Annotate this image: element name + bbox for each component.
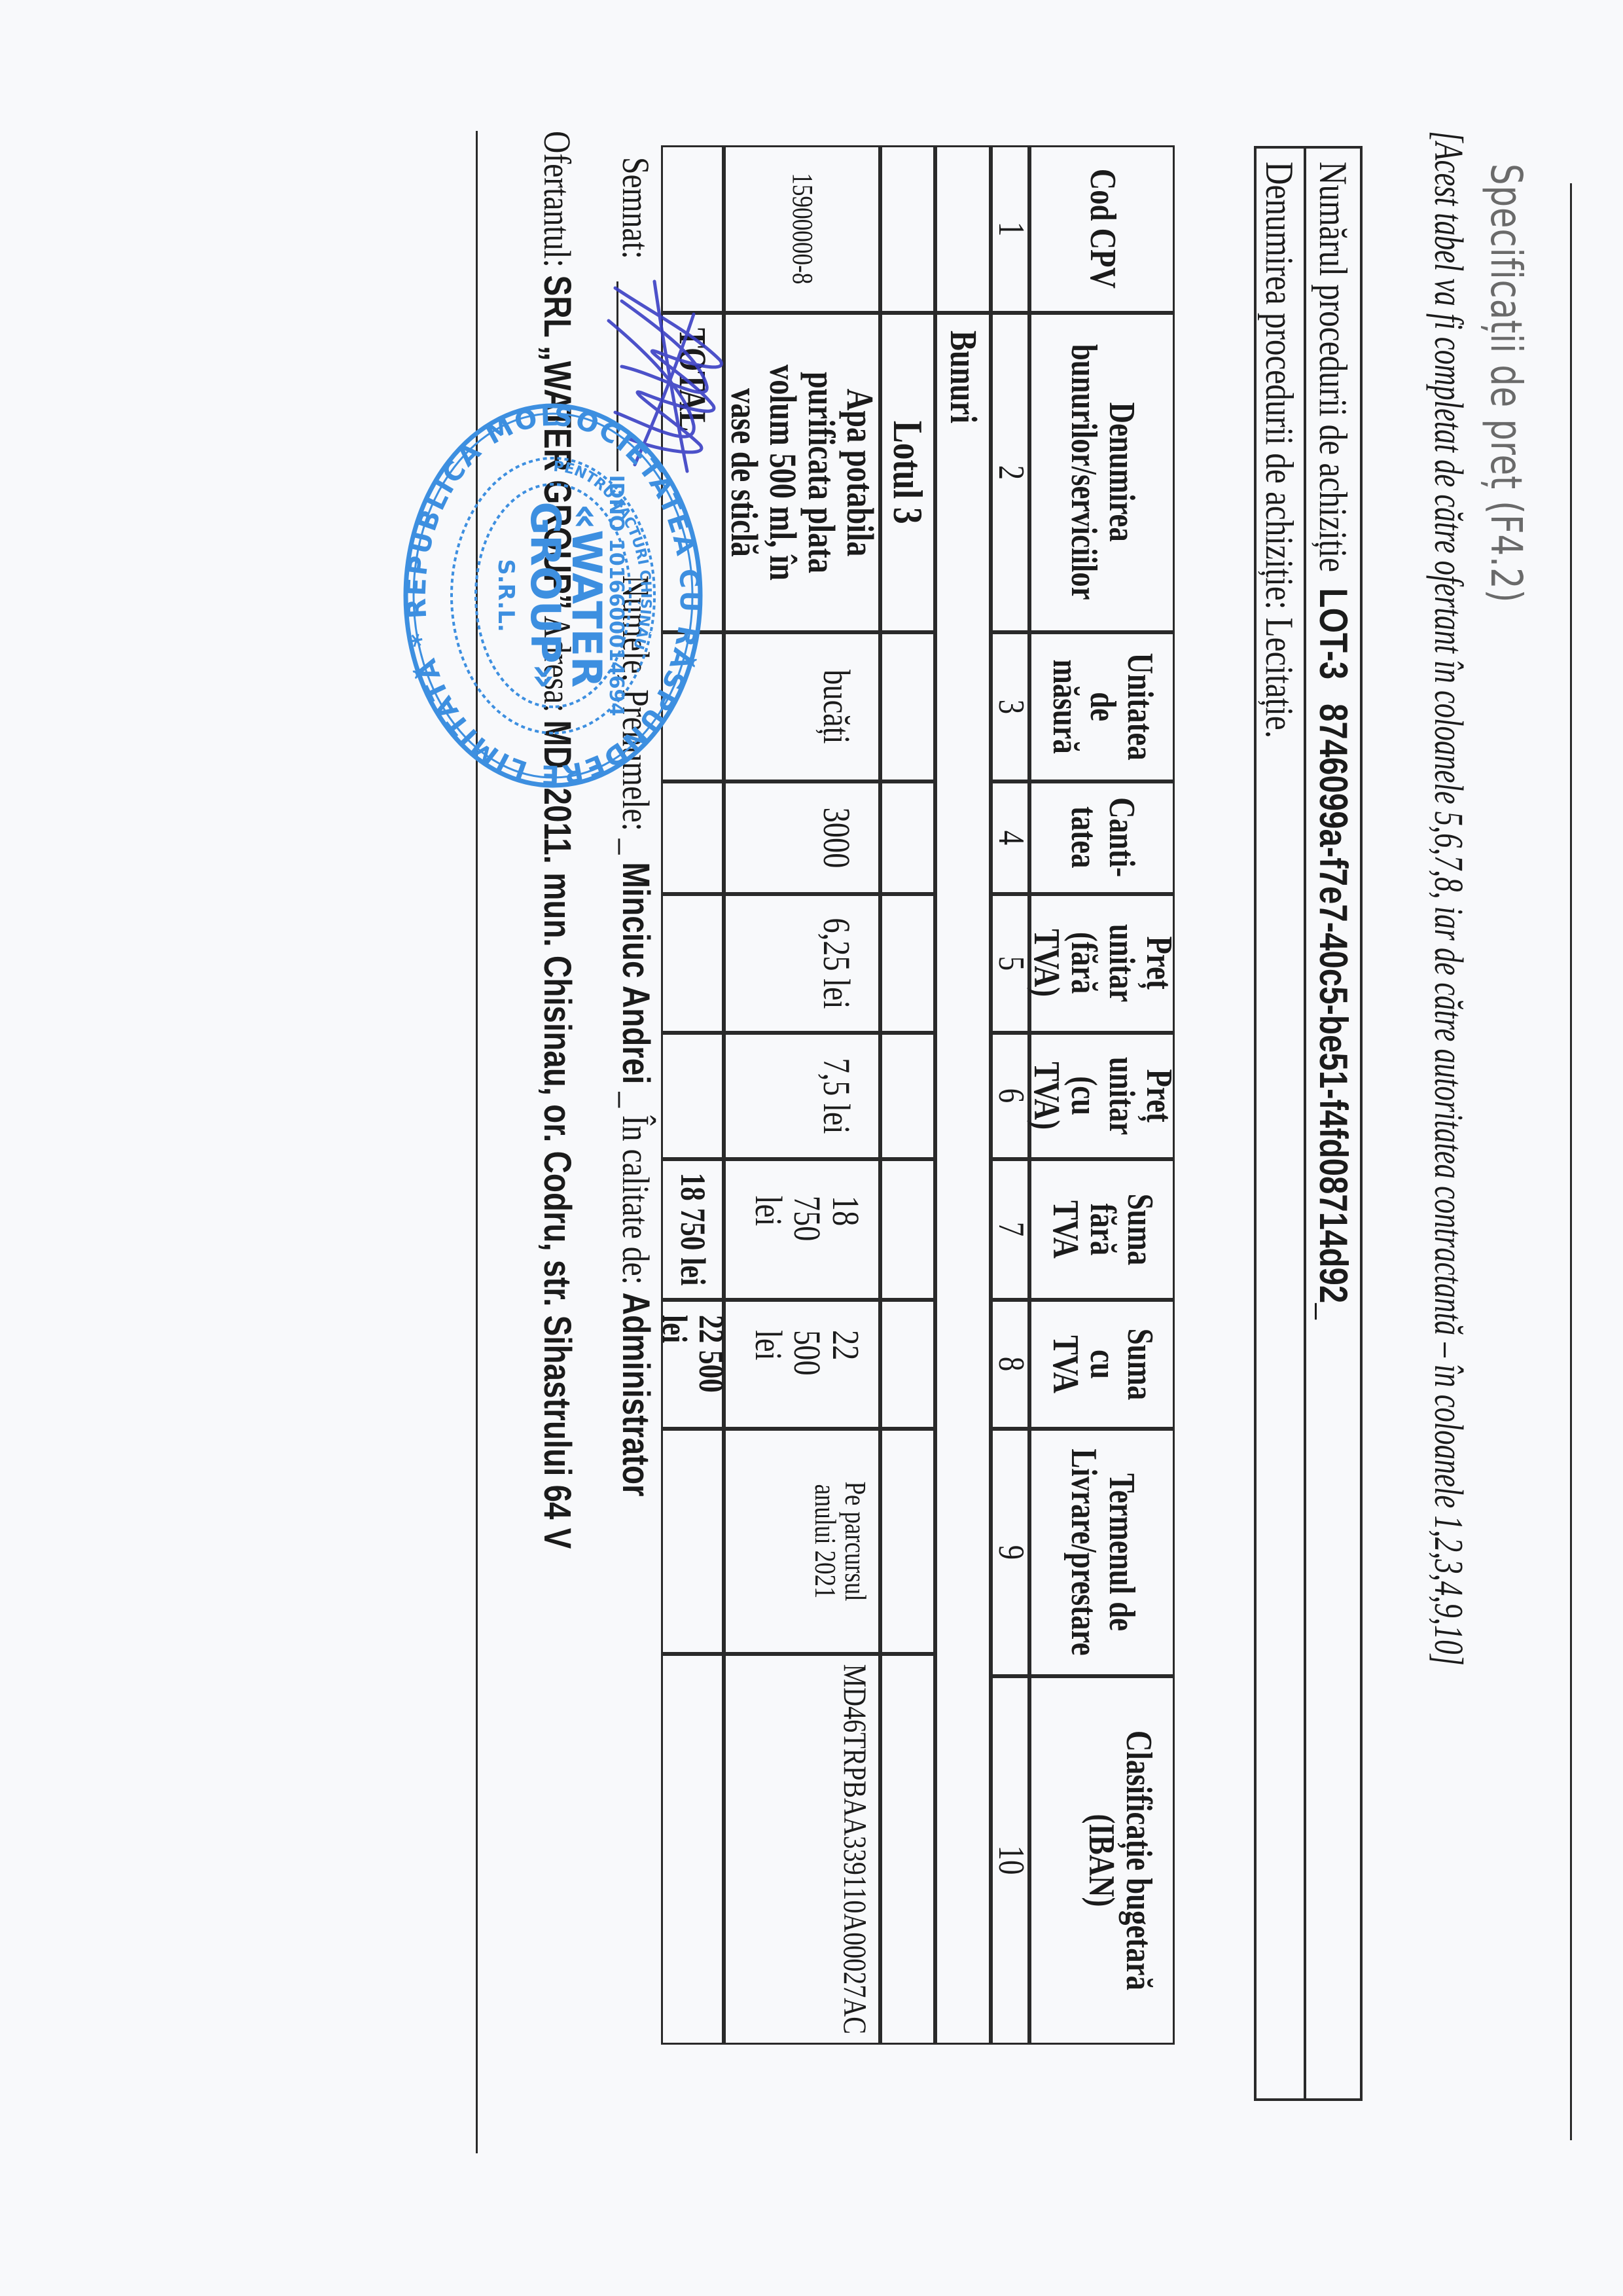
bidder-row: Ofertantul: SRL „WATER GROUP” Adresa: MD… bbox=[535, 131, 579, 1860]
header-cell: Suma fără TVA bbox=[1030, 1159, 1175, 1300]
total-vat: 22 500 lei bbox=[662, 1300, 724, 1429]
header-cell: Termenul de Livrare/prestare bbox=[1030, 1429, 1175, 1676]
column-number: 3 bbox=[991, 632, 1030, 781]
item-unit-price-vat: 7,5 lei bbox=[724, 1033, 881, 1159]
column-number: 6 bbox=[991, 1033, 1030, 1159]
header-cell: Preț unitar (fără TVA) bbox=[1030, 894, 1175, 1033]
address-value: MD- 2011. mun. Chisinau, or. Codru, str.… bbox=[536, 720, 579, 1549]
procedure-name-row: Denumirea procedurii de achiziție: Lecit… bbox=[1253, 149, 1306, 2098]
header-cell: Cod CPV bbox=[1030, 145, 1175, 313]
header-cell: Clasificație bugetară (IBAN) bbox=[1030, 1676, 1175, 2045]
column-number: 10 bbox=[991, 1676, 1030, 2045]
column-number: 9 bbox=[991, 1429, 1030, 1676]
document-page: Specificații de preț (F4.2) [Acest tabel… bbox=[0, 0, 1623, 2296]
page-title: Specificații de preț (F4.2) bbox=[1481, 164, 1531, 603]
item-total-no-vat: 18 750 lei bbox=[724, 1159, 881, 1300]
item-delivery-term: Pe parcursul anului 2021 bbox=[724, 1429, 881, 1654]
section-cpv-cell bbox=[936, 145, 991, 313]
company-stamp: SOCIETATEA CU RĂSPUNDERE LIMITATĂ * REPU… bbox=[399, 399, 707, 792]
column-number: 5 bbox=[991, 894, 1030, 1033]
header-cell: Preț unitar (cu TVA) bbox=[1030, 1033, 1175, 1159]
item-unit-price-no-vat: 6,25 lei bbox=[724, 894, 881, 1033]
svg-text:S.R.L.: S.R.L. bbox=[493, 559, 519, 632]
column-number: 8 bbox=[991, 1300, 1030, 1429]
procedure-info-box: Numărul procedurii de achiziție LOT-3 87… bbox=[1254, 146, 1363, 2101]
page-subtitle: [Acest tabel va fi completat de către of… bbox=[1425, 131, 1471, 1666]
top-rule bbox=[1570, 183, 1572, 2140]
procedure-number-label: Numărul procedurii de achiziție bbox=[1311, 162, 1355, 572]
item-quantity: 3000 bbox=[724, 781, 881, 894]
section-label-cell: Bunuri bbox=[936, 313, 991, 2045]
header-cell: Canti-tatea bbox=[1030, 781, 1175, 894]
svg-text:«WATER: «WATER bbox=[563, 503, 611, 687]
svg-text:IDNO 1016600014694: IDNO 1016600014694 bbox=[605, 475, 628, 716]
item-cpv: 15900000-8 bbox=[724, 145, 881, 313]
item-total-vat: 22 500 lei bbox=[724, 1300, 881, 1429]
item-name: Apa potabila purificata plata volum 500 … bbox=[724, 313, 881, 632]
lot-label-cell: Lotul 3 bbox=[881, 313, 936, 632]
signed-label: Semnat: bbox=[615, 157, 657, 259]
lot-cpv-cell bbox=[881, 145, 936, 313]
role-label: În calitate de: bbox=[615, 1115, 657, 1285]
header-cell: Unitatea de măsură bbox=[1030, 632, 1175, 781]
procedure-number-value: 8746099a-f7e7-40c5-be51-f4fd08714d92 bbox=[1311, 704, 1355, 1303]
column-number: 2 bbox=[991, 313, 1030, 632]
bidder-label: Ofertantul: bbox=[536, 131, 579, 268]
column-number: 7 bbox=[991, 1159, 1030, 1300]
procedure-number-lot: LOT-3 bbox=[1311, 588, 1355, 679]
item-unit: bucăți bbox=[724, 632, 881, 781]
name-value: Minciuc Andrei bbox=[615, 862, 657, 1084]
column-number: 1 bbox=[991, 145, 1030, 313]
total-no-vat: 18 750 lei bbox=[662, 1159, 724, 1300]
procedure-name-value: Lecitație. bbox=[1258, 618, 1302, 738]
header-cell: Suma cu TVA bbox=[1030, 1300, 1175, 1429]
header-cell: Denumirea bunurilor/serviciilor bbox=[1030, 313, 1175, 632]
item-iban: MD46TRPBAA339110A00027AC bbox=[724, 1654, 881, 2045]
procedure-name-label: Denumirea procedurii de achiziție: bbox=[1258, 162, 1302, 609]
procedure-number-row: Numărul procedurii de achiziție LOT-3 87… bbox=[1304, 149, 1360, 2098]
svg-text:GROUP»: GROUP» bbox=[522, 501, 569, 689]
column-number: 4 bbox=[991, 781, 1030, 894]
role-value: Administrator bbox=[615, 1293, 657, 1497]
